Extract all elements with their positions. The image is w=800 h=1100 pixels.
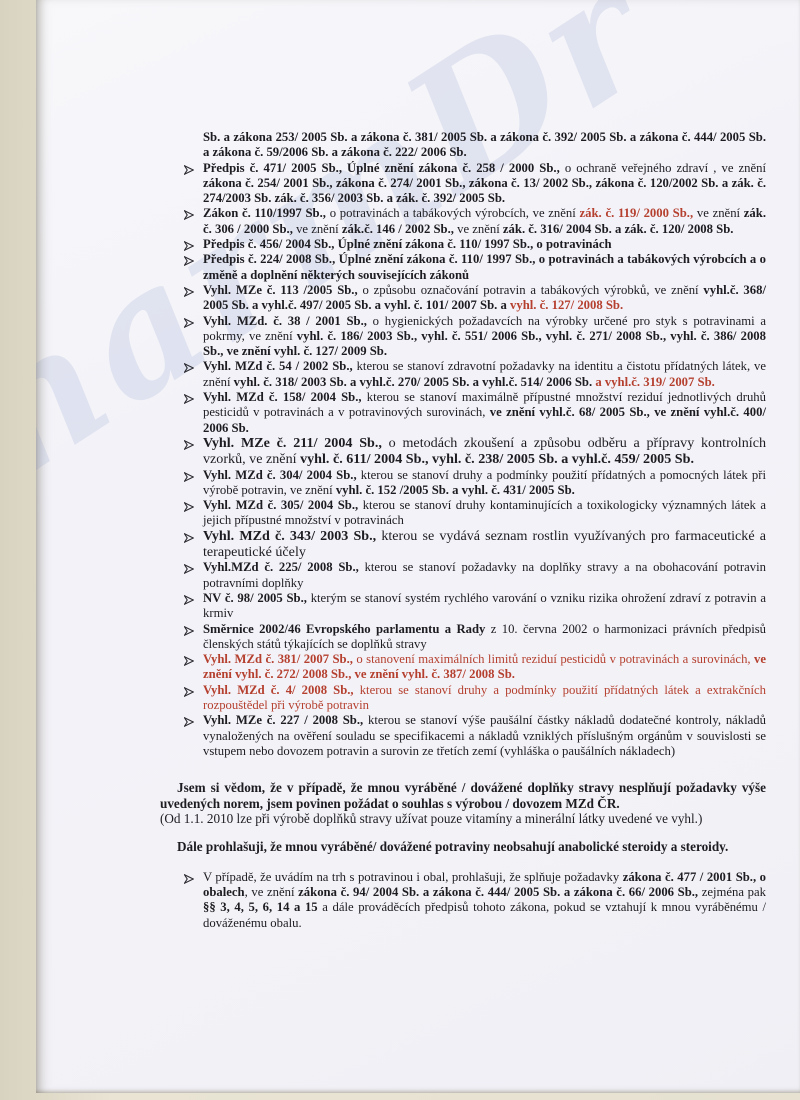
list-item-text: Vyhl. MZe č. 227 / 2008 Sb., kterou se s…: [203, 713, 766, 759]
list-item: Směrnice 2002/46 Evropského parlamentu a…: [184, 622, 766, 653]
regulation-text-run: vyhl. č. 611/ 2004 Sb., vyhl. č. 238/ 20…: [300, 451, 694, 467]
list-item: Vyhl. MZe č. 211/ 2004 Sb., o metodách z…: [184, 436, 766, 468]
list-item-text: Vyhl. MZe č. 211/ 2004 Sb., o metodách z…: [203, 436, 766, 468]
arrow-bullet-icon: [184, 393, 194, 403]
regulation-text-run: Předpis č. 471/ 2005 Sb., Úplné znění zá…: [203, 161, 565, 175]
arrow-bullet-icon: [184, 594, 194, 604]
regulation-text-run: zák. č. 316/ 2004 Sb. a zák. č. 120/ 200…: [503, 222, 734, 236]
list-item: Předpis č. 224/ 2008 Sb., Úplné znění zá…: [184, 252, 766, 283]
list-item-text: Sb. a zákona 253/ 2005 Sb. a zákona č. 3…: [203, 130, 766, 161]
list-item: Vyhl. MZd č. 304/ 2004 Sb., kterou se st…: [184, 468, 766, 499]
arrow-bullet-icon: [184, 716, 194, 726]
highlighted-citation-text: zák. č. 119/ 2000 Sb.,: [580, 206, 697, 220]
arrow-bullet-icon: [184, 209, 194, 219]
arrow-bullet-icon: [184, 471, 194, 481]
regulation-text-run: Sb. a zákona 253/ 2005 Sb. a zákona č. 3…: [203, 130, 766, 159]
regulation-text-run: o způsobu označování potravin a tabákový…: [362, 283, 703, 297]
arrow-bullet-icon: [184, 286, 194, 296]
declaration-paragraphs: Jsem si vědom, že v případě, že mnou vyr…: [160, 780, 766, 855]
scanned-document: { "document": { "watermark_text": "Pharm…: [0, 0, 800, 1100]
regulation-text-run: , ve znění: [245, 885, 299, 899]
regulation-text-run: V případě, že uvádím na trh s potravinou…: [203, 870, 623, 884]
list-item: Zákon č. 110/1997 Sb., o potravinách a t…: [184, 206, 766, 237]
list-item: Vyhl. MZd č. 158/ 2004 Sb., kterou se st…: [184, 390, 766, 436]
list-item: Předpis č. 471/ 2005 Sb., Úplné znění zá…: [184, 161, 766, 207]
list-item: Vyhl. MZd č. 381/ 2007 Sb., o stanovení …: [184, 652, 766, 683]
regulation-text-run: ve znění: [697, 206, 744, 220]
regulation-text-run: zejména pak: [702, 885, 766, 899]
arrow-bullet-icon: [184, 317, 194, 327]
list-item-text: Vyhl. MZe č. 113 /2005 Sb., o způsobu oz…: [203, 283, 766, 314]
regulation-text-run: vyhl. č. 152 /2005 Sb. a vyhl. č. 431/ 2…: [336, 483, 575, 497]
list-item: Vyhl. MZe č. 227 / 2008 Sb., kterou se s…: [184, 713, 766, 759]
regulation-text-run: vyhl. č. 318/ 2003 Sb. a vyhl.č. 270/ 20…: [234, 375, 596, 389]
list-item: Vyhl.MZd č. 225/ 2008 Sb., kterou se sta…: [184, 560, 766, 591]
list-item-text: Vyhl. MZd č. 158/ 2004 Sb., kterou se st…: [203, 390, 766, 436]
regulation-text-run: NV č. 98/ 2005 Sb.,: [203, 591, 311, 605]
list-item: Vyhl. MZd č. 54 / 2002 Sb., kterou se st…: [184, 359, 766, 390]
arrow-bullet-icon: [184, 655, 194, 665]
list-item-text: Vyhl.MZd č. 225/ 2008 Sb., kterou se sta…: [203, 560, 766, 591]
declaration-paragraph: Jsem si vědom, že v případě, že mnou vyr…: [160, 780, 766, 811]
list-item: Vyhl. MZd č. 4/ 2008 Sb., kterou se stan…: [184, 683, 766, 714]
arrow-bullet-icon: [184, 563, 194, 573]
regulation-text-run: ve znění: [457, 222, 503, 236]
list-item-text: Vyhl. MZd č. 343/ 2003 Sb., kterou se vy…: [203, 529, 766, 561]
highlighted-citation-text: o stanovení maximálních limitů reziduí p…: [356, 652, 754, 666]
list-item-text: Směrnice 2002/46 Evropského parlamentu a…: [203, 622, 766, 653]
list-item-text: Zákon č. 110/1997 Sb., o potravinách a t…: [203, 206, 766, 237]
list-item: Vyhl. MZd č. 343/ 2003 Sb., kterou se vy…: [184, 529, 766, 561]
list-item-text: Vyhl. MZd č. 54 / 2002 Sb., kterou se st…: [203, 359, 766, 390]
regulation-text-run: Vyhl. MZd č. 343/ 2003 Sb.,: [203, 528, 381, 544]
document-content: Sb. a zákona 253/ 2005 Sb. a zákona č. 3…: [36, 130, 800, 931]
arrow-bullet-icon: [184, 164, 194, 174]
arrow-bullet-icon: [184, 501, 194, 511]
list-item-text: Předpis č. 456/ 2004 Sb., Úplné znění zá…: [203, 237, 766, 252]
list-item: Vyhl. MZe č. 113 /2005 Sb., o způsobu oz…: [184, 283, 766, 314]
highlighted-citation-text: vyhl. č. 127/ 2008 Sb.: [510, 298, 623, 312]
arrow-bullet-icon: [184, 532, 194, 542]
regulation-text-run: Vyhl. MZd. č. 38 / 2001 Sb.,: [203, 314, 373, 328]
arrow-bullet-icon: [184, 686, 194, 696]
list-item-text: Vyhl. MZd č. 305/ 2004 Sb., kterou se st…: [203, 498, 766, 529]
regulation-text-run: zákona č. 94/ 2004 Sb. a zákona č. 444/ …: [298, 885, 702, 899]
regulation-text-run: Vyhl. MZd č. 305/ 2004 Sb.,: [203, 498, 363, 512]
highlighted-citation-text: Vyhl. MZd č. 4/ 2008 Sb.,: [203, 683, 360, 697]
list-item-text: Vyhl. MZd č. 304/ 2004 Sb., kterou se st…: [203, 468, 766, 499]
list-item-text: NV č. 98/ 2005 Sb., kterým se stanoví sy…: [203, 591, 766, 622]
list-item-text: Vyhl. MZd č. 381/ 2007 Sb., o stanovení …: [203, 652, 766, 683]
document-page: PharmDr Sb. a zákona 253/ 2005 Sb. a zák…: [36, 0, 800, 1093]
list-item: Předpis č. 456/ 2004 Sb., Úplné znění zá…: [184, 237, 766, 252]
regulation-text-run: Vyhl.MZd č. 225/ 2008 Sb.,: [203, 560, 365, 574]
regulation-text-run: zák.č. 146 / 2002 Sb.,: [342, 222, 457, 236]
regulation-text-run: Vyhl. MZe č. 113 /2005 Sb.,: [203, 283, 362, 297]
list-item: V případě, že uvádím na trh s potravinou…: [184, 870, 766, 931]
declaration-paragraph: (Od 1.1. 2010 lze při výrobě doplňků str…: [160, 811, 766, 826]
arrow-bullet-icon: [184, 255, 194, 265]
regulation-text-run: Směrnice 2002/46 Evropského parlamentu a…: [203, 622, 491, 636]
list-item-text: Vyhl. MZd. č. 38 / 2001 Sb., o hygienick…: [203, 314, 766, 360]
regulation-text-run: o ochraně veřejného zdraví , ve znění: [565, 161, 766, 175]
regulation-text-run: Vyhl. MZd č. 304/ 2004 Sb.,: [203, 468, 361, 482]
regulation-list: Sb. a zákona 253/ 2005 Sb. a zákona č. 3…: [184, 130, 766, 759]
list-item-text: Předpis č. 224/ 2008 Sb., Úplné znění zá…: [203, 252, 766, 283]
list-item-text: V případě, že uvádím na trh s potravinou…: [203, 870, 766, 931]
regulation-text-run: Vyhl. MZd č. 158/ 2004 Sb.,: [203, 390, 367, 404]
regulation-text-run: o potravinách a tabákových výrobcích, ve…: [330, 206, 580, 220]
regulation-text-run: zákona č. 254/ 2001 Sb., zákona č. 274/ …: [203, 176, 766, 205]
list-item: Vyhl. MZd č. 305/ 2004 Sb., kterou se st…: [184, 498, 766, 529]
regulation-text-run: Předpis č. 456/ 2004 Sb., Úplné znění zá…: [203, 237, 612, 251]
regulation-text-run: Předpis č. 224/ 2008 Sb., Úplné znění zá…: [203, 252, 766, 281]
list-item: Sb. a zákona 253/ 2005 Sb. a zákona č. 3…: [184, 130, 766, 161]
regulation-text-run: Zákon č. 110/1997 Sb.,: [203, 206, 330, 220]
arrow-bullet-icon: [184, 240, 194, 250]
arrow-bullet-icon: [184, 439, 194, 449]
list-item-text: Předpis č. 471/ 2005 Sb., Úplné znění zá…: [203, 161, 766, 207]
list-item: Vyhl. MZd. č. 38 / 2001 Sb., o hygienick…: [184, 314, 766, 360]
highlighted-citation-text: Vyhl. MZd č. 381/ 2007 Sb.,: [203, 652, 356, 666]
regulation-text-run: Vyhl. MZe č. 227 / 2008 Sb.,: [203, 713, 368, 727]
declaration-paragraph: Dále prohlašuji, že mnou vyráběné/ dováž…: [160, 839, 766, 854]
list-item-text: Vyhl. MZd č. 4/ 2008 Sb., kterou se stan…: [203, 683, 766, 714]
list-item: NV č. 98/ 2005 Sb., kterým se stanoví sy…: [184, 591, 766, 622]
regulation-text-run: ve znění: [296, 222, 342, 236]
arrow-bullet-icon: [184, 362, 194, 372]
highlighted-citation-text: a vyhl.č. 319/ 2007 Sb.: [595, 375, 715, 389]
regulation-text-run: §§ 3, 4, 5, 6, 14 a 15: [203, 900, 318, 914]
packaging-declaration-list: V případě, že uvádím na trh s potravinou…: [184, 870, 766, 931]
arrow-bullet-icon: [184, 625, 194, 635]
arrow-bullet-icon: [184, 873, 194, 883]
regulation-text-run: Vyhl. MZe č. 211/ 2004 Sb.,: [203, 435, 389, 451]
regulation-text-run: Vyhl. MZd č. 54 / 2002 Sb.,: [203, 359, 357, 373]
